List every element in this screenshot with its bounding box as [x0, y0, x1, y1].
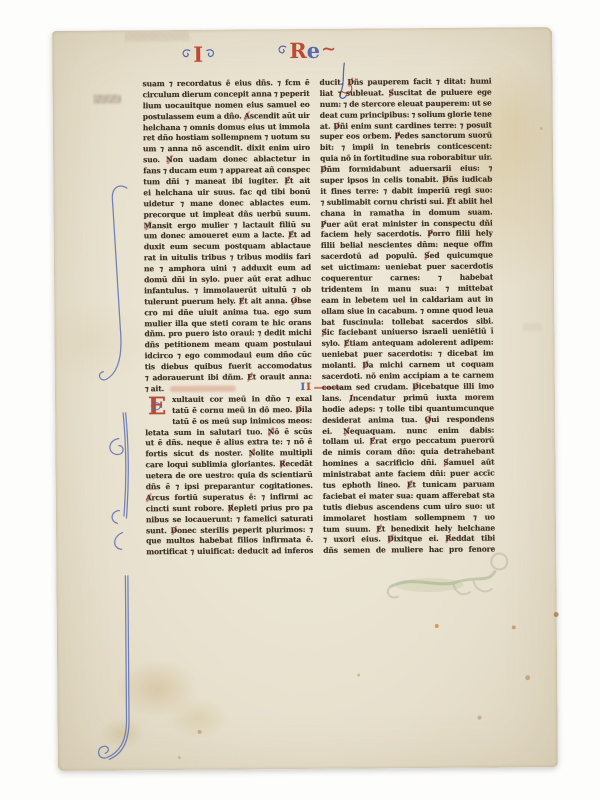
flourish-icon: [205, 47, 216, 61]
text-line: tatū ē cornu meū in dō meo. Dila: [172, 405, 312, 417]
title-letter-e: e: [307, 39, 321, 63]
title-letter-r: R: [289, 39, 307, 63]
foxing-dot: [435, 624, 439, 628]
flourish-icon: [276, 43, 287, 57]
text-line: hodie adeps: ⁊ tolle tibi quantumcunque: [322, 403, 494, 415]
text-line: ollam siue in cacabum. ⁊ omne quod leua: [321, 305, 493, 317]
foxing-dot: [178, 756, 181, 759]
foxing-dot: [198, 730, 202, 734]
text-line: cincti sunt robore. Repleti prius pro pa: [146, 503, 313, 515]
title-abbreviation-mark: ∼: [321, 39, 336, 61]
foxing-dot: [477, 716, 481, 720]
text-line: postulassem eum a dño. Ascendit aūt uir …: [143, 111, 310, 123]
text-line: tutis diebus ascendens cum uiro suo: ut: [323, 501, 495, 513]
column-right-verses: ducit. Dñs pauperem facit ⁊ ditat: humil…: [319, 77, 495, 558]
text-line: num: ⁊ de stercore eleuat pauperem: ut s…: [320, 98, 492, 110]
faded-rubric: [170, 386, 236, 393]
title-numeral: I: [193, 43, 203, 67]
left-margin-offset-note: [93, 94, 121, 103]
chapter-numeral: I I: [300, 383, 311, 394]
text-column-left: suam ⁊ recordatus ē eius dñs. ⁊ fcm ē po…: [142, 78, 313, 558]
flourish-icon: [148, 398, 164, 414]
text-line: uidetur ⁊ mane donec ablactes eum.: [143, 198, 310, 210]
text-line: desiderat anima tua. Qui respondens aieb…: [322, 414, 494, 426]
text-line: nibus se locauerunt: ⁊ famelici saturati: [146, 514, 313, 526]
flourish-icon: [180, 47, 191, 61]
foxing-dot: [512, 625, 516, 629]
right-margin-offset-note: [522, 323, 542, 331]
margin-flourish-icon: [87, 180, 148, 774]
foxing-dot: [525, 675, 530, 680]
chapter-numeral-i2: I: [306, 383, 312, 394]
text-line: precorque ut impleat dñs uerbū suum.: [144, 209, 311, 221]
text-line: mortificat ⁊ uiuificat: deducit ad infer…: [146, 546, 313, 558]
running-title-book-numeral: I: [178, 43, 218, 67]
running-title-book-name: R e ∼: [274, 39, 336, 63]
text-line: tatū ē os meū sup inimicos meos: quia: [172, 416, 312, 428]
foxing-dot: [357, 674, 360, 677]
chapter-initial: E: [145, 395, 169, 417]
text-line: dñs semen de muliere hac pro fenore: [323, 545, 495, 557]
text-line: chana in ramatha in domum suam.: [321, 207, 493, 219]
chapter-2-opening: E xultauit cor meū in dño ⁊ exaltatū ē c…: [145, 394, 313, 559]
text-column-right: ducit. Dñs pauperem facit ⁊ ditat: humil…: [319, 77, 495, 558]
foxing-dot: [554, 612, 559, 617]
text-line: lium uocauitque nomen eius samuel eo qd: [143, 100, 310, 112]
text-line: cro mi dñe uiuit anima tua. ego sum: [144, 307, 311, 319]
text-line: immolaret hostiam sollempnem ⁊ uo: [323, 512, 495, 524]
column-left-verses: suam ⁊ recordatus ē eius dñs. ⁊ fcm ē po…: [142, 78, 311, 384]
text-line: deat cum principibus: ⁊ solium glorie te…: [320, 109, 492, 121]
manuscript-leaf: I R e ∼: [52, 27, 558, 771]
text-line: xultauit cor meū in dño ⁊ exal: [172, 394, 312, 406]
foxing-dot: [540, 127, 543, 130]
